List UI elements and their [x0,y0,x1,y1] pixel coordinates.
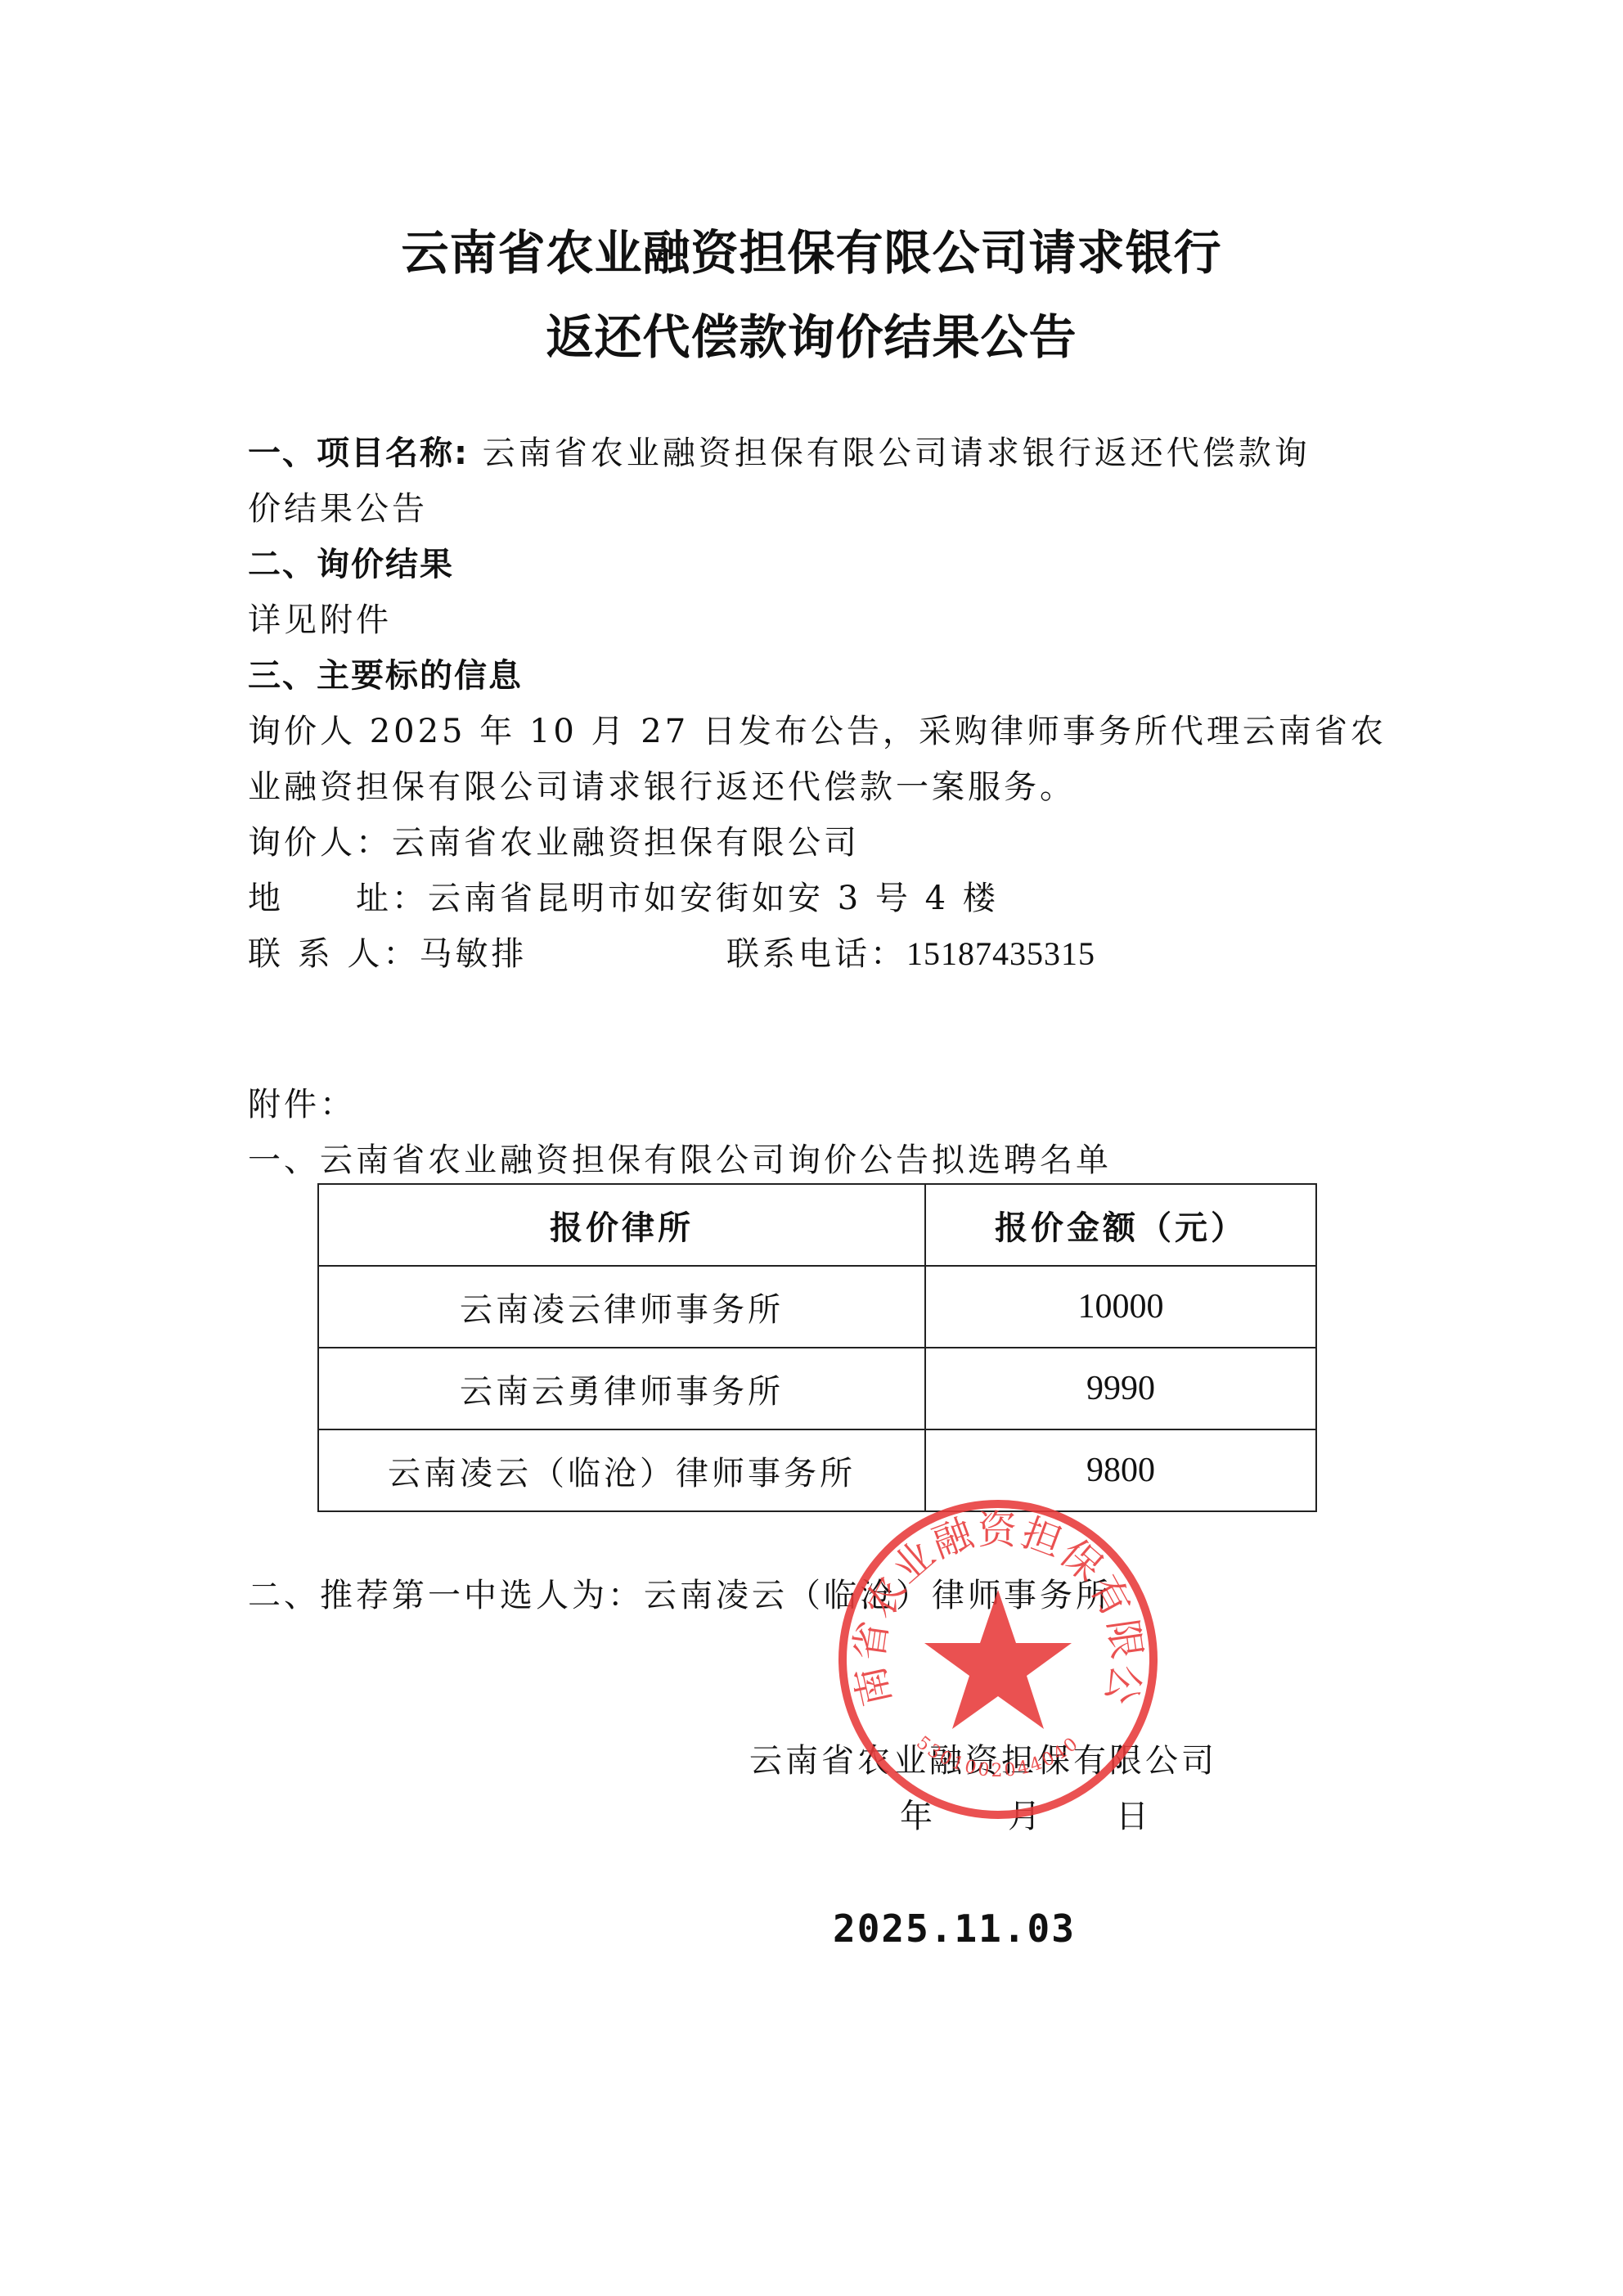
document-title-line1: 云南省农业融资担保有限公司请求银行 [0,214,1623,283]
table-header-row: 报价律所 报价金额（元） [318,1184,1316,1266]
address-value: 云南省昆明市如安街如安 3 号 4 楼 [428,880,999,917]
section1-line: 一、项目名称: 云南省农业融资担保有限公司请求银行返还代偿款询 [248,427,1311,474]
address-line: 地 址：云南省昆明市如安街如安 3 号 4 楼 [248,872,999,919]
header-amount: 报价金额（元） [925,1184,1316,1266]
attachment-list-title: 一、云南省农业融资担保有限公司询价公告拟选聘名单 [248,1134,1112,1181]
company-seal-icon: 云南省农业融资担保有限公司 5301002044040 [834,1496,1162,1823]
address-label: 地 址： [248,880,428,917]
svg-text:5301002044040: 5301002044040 [912,1732,1083,1781]
contact-line: 联 系 人：马敏排 [248,928,527,975]
section3-para-line2: 业融资担保有限公司请求银行返还代偿款一案服务。 [248,761,1076,808]
section1-value-cont: 价结果公告 [248,483,428,529]
table-row: 云南云勇律师事务所 9990 [318,1348,1316,1429]
document-title-line2: 返还代偿款询价结果公告 [0,299,1623,367]
section1-label: 一、项目名称: [248,434,469,472]
contact-value: 马敏排 [419,935,527,973]
amount-cell: 9990 [925,1348,1316,1429]
phone-line: 联系电话：15187435315 [726,928,1095,975]
firm-cell: 云南凌云律师事务所 [318,1266,925,1348]
signature-date: 2025.11.03 [833,1907,1076,1951]
section3-heading: 三、主要标的信息 [248,650,523,696]
amount-cell: 10000 [925,1266,1316,1348]
table-row: 云南凌云（临沧）律师事务所 9800 [318,1429,1316,1511]
firm-cell: 云南云勇律师事务所 [318,1348,925,1429]
phone-value: 15187435315 [906,935,1095,972]
section2-value: 详见附件 [248,594,392,641]
inquirer-line: 询价人：云南省农业融资担保有限公司 [248,817,860,863]
attachment-label: 附件： [248,1078,356,1125]
header-firm: 报价律所 [318,1184,925,1266]
phone-label: 联系电话： [726,935,906,973]
table-row: 云南凌云律师事务所 10000 [318,1266,1316,1348]
section1-value: 云南省农业融资担保有限公司请求银行返还代偿款询 [483,434,1311,472]
contact-label: 联 系 人： [248,935,419,973]
quote-table: 报价律所 报价金额（元） 云南凌云律师事务所 10000 云南云勇律师事务所 9… [317,1183,1317,1512]
section2-heading: 二、询价结果 [248,538,454,585]
section3-para-line1: 询价人 2025 年 10 月 27 日发布公告，采购律师事务所代理云南省农 [248,705,1387,752]
